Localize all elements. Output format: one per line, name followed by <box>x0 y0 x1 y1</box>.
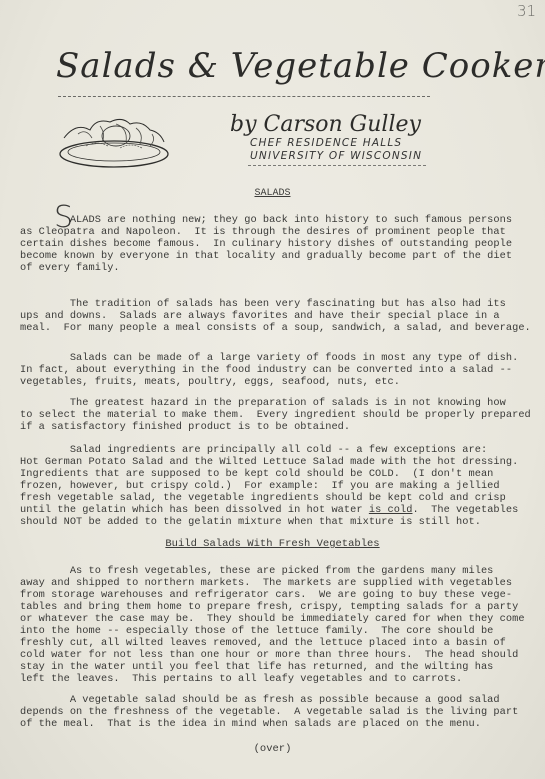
paragraph-freshness: A vegetable salad should be as fresh as … <box>20 694 530 730</box>
paragraph-intro: ALADS are nothing new; they go back into… <box>20 214 530 274</box>
author-affiliation-university: UNIVERSITY OF WISCONSIN <box>250 150 422 162</box>
affiliation-underline <box>248 165 426 166</box>
continuation-note: (over) <box>0 743 545 755</box>
document-title: Salads & Vegetable Cookery <box>56 46 545 86</box>
document-page: 31 Salads & Vegetable Cookery by Carson … <box>0 0 545 779</box>
section-heading-fresh-vegetables: Build Salads With Fresh Vegetables <box>0 538 545 550</box>
author-affiliation-title: CHEF RESIDENCE HALLS <box>250 137 402 149</box>
emphasis-underline: is cold <box>369 504 413 516</box>
page-number: 31 <box>517 2 536 20</box>
salad-plate-illustration <box>56 112 176 172</box>
paragraph-fresh-vegetables: As to fresh vegetables, these are picked… <box>20 565 530 685</box>
paragraph-cold-ingredients: Salad ingredients are principally all co… <box>20 444 530 528</box>
title-underline <box>58 96 430 97</box>
paragraph-tradition: The tradition of salads has been very fa… <box>20 298 530 334</box>
section-heading-salads: SALADS <box>0 188 545 199</box>
paragraph-hazard: The greatest hazard in the preparation o… <box>20 397 530 433</box>
paragraph-variety: Salads can be made of a large variety of… <box>20 352 530 388</box>
author-byline: by Carson Gulley <box>230 112 421 137</box>
